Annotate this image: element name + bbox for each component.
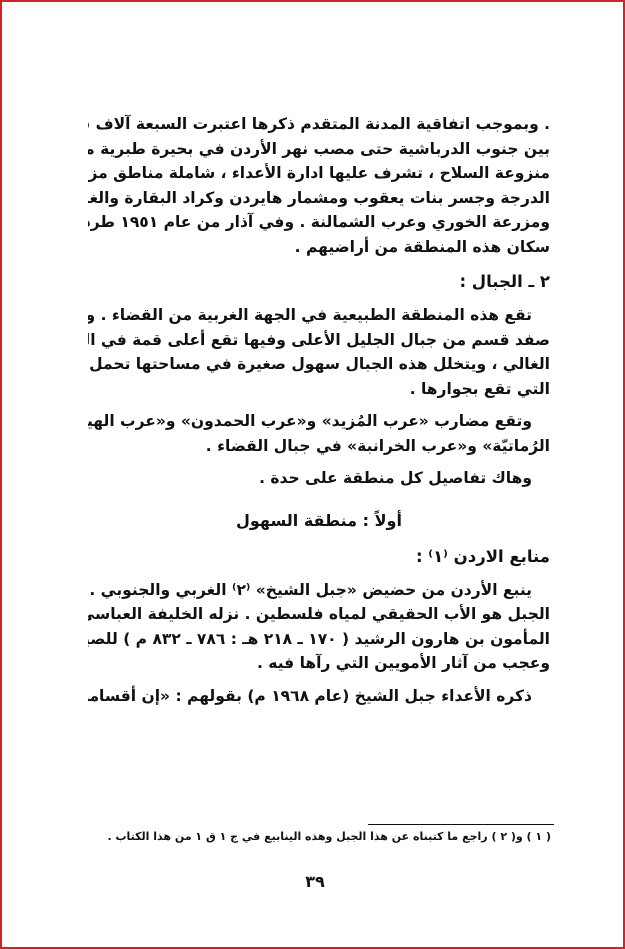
text-line: . وبموجب اتفاقية المدنة المتقدم ذكرها اع… xyxy=(88,112,550,137)
text-line: المأمون بن هارون الرشيد ( ١٧٠ ـ ٢١٨ هـ :… xyxy=(88,627,550,652)
text-line: تقع هذه المنطقة الطبيعية في الجهة الغربي… xyxy=(88,303,550,328)
section-title: أولاً : منطقة السهول xyxy=(88,511,550,530)
footnote: ( ١ ) و( ٢ ) راجع ما كتبناه عن هذا الجبل… xyxy=(95,830,551,843)
text-line: صفد قسم من جبال الجليل الأعلى وفيها تقع … xyxy=(88,328,550,353)
text-line: ذكره الأعداء جبل الشيخ (عام ١٩٦٨ م) بقول… xyxy=(88,684,550,709)
text-line: وهاك تفاصيل كل منطقة على حدة . xyxy=(88,466,550,491)
page-body: . وبموجب اتفاقية المدنة المتقدم ذكرها اع… xyxy=(88,112,550,708)
text-line: سكان هذه المنطقة من أراضيهم . xyxy=(88,235,550,260)
subheading-jordan-sources: منابع الاردن ⁽١⁾ : xyxy=(88,544,550,570)
text-line: منزوعة السلاح ، تشرف عليها ادارة الأعداء… xyxy=(88,161,550,186)
footnote-divider xyxy=(368,824,554,825)
section-heading-mountains: ٢ ـ الجبال : xyxy=(88,269,550,295)
page-number: ٣٩ xyxy=(295,872,335,891)
text-line: الغالي ، ويتخلل هذه الجبال سهول صغيرة في… xyxy=(88,352,550,377)
text-line: الرُماتيّة» و«عرب الخرانبة» في جبال القض… xyxy=(88,434,550,459)
text-line: الجبل هو الأب الحقيقي لمياه فلسطين . نزل… xyxy=(88,602,550,627)
text-line: التي تقع بجوارها . xyxy=(88,377,550,402)
text-line: وعجب من آثار الأمويين التي رآها فيه . xyxy=(88,651,550,676)
text-line: الدرجة وجسر بنات يعقوب ومشمار هايردن وكر… xyxy=(88,186,550,211)
text-line: بين جنوب الدرباشية حتى مصب نهر الأردن في… xyxy=(88,137,550,162)
text-line: ينبع الأردن من حضيض «جبل الشيخ» ⁽٢⁾ الغر… xyxy=(88,578,550,603)
text-line: ومزرعة الخوري وعرب الشمالنة . وفي آذار م… xyxy=(88,210,550,235)
text-line: وتقع مضارب «عرب المُزيد» و«عرب الحمدون» … xyxy=(88,409,550,434)
